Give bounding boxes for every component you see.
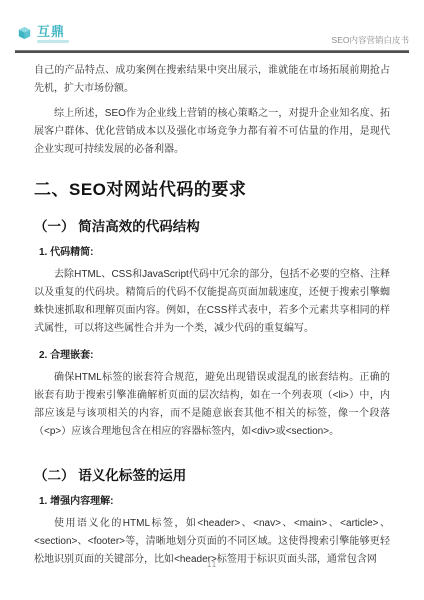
- chapter-title: 二、SEO对网站代码的要求: [34, 179, 390, 201]
- section-title-1: （一） 简洁高效的代码结构: [34, 218, 390, 235]
- page-number: 11: [0, 560, 424, 569]
- company-logo: 互鼎: [15, 25, 69, 47]
- logo-tagline-bar: [37, 40, 69, 43]
- brand-name: 互鼎: [37, 25, 69, 39]
- paragraph-continuation: 自己的产品特点、成功案例在搜索结果中突出展示，谁就能在市场拓展前期抢占先机，扩大…: [34, 62, 390, 98]
- list-item-body: 确保HTML标签的嵌套符合规范，避免出现错误或混乱的嵌套结构。正确的嵌套有助于搜…: [34, 369, 390, 441]
- list-item-body: 去除HTML、CSS和JavaScript代码中冗余的部分，包括不必要的空格、注…: [34, 266, 390, 338]
- section-title-2: （二） 语义化标签的运用: [34, 467, 390, 484]
- brand-cube-icon: [15, 25, 34, 47]
- paragraph-summary: 综上所述，SEO作为企业线上营销的核心策略之一，对提升企业知名度、拓展客户群体、…: [34, 105, 390, 159]
- document-title: SEO内容营销白皮书: [332, 35, 409, 47]
- document-page: 互鼎 SEO内容营销白皮书 自己的产品特点、成功案例在搜索结果中突出展示，谁就能…: [0, 0, 424, 600]
- page-header: 互鼎 SEO内容营销白皮书: [0, 0, 424, 53]
- list-item-label: 1. 增强内容理解:: [34, 493, 390, 511]
- list-item-label: 2. 合理嵌套:: [34, 347, 390, 365]
- page-body: 自己的产品特点、成功案例在搜索结果中突出展示，谁就能在市场拓展前期抢占先机，扩大…: [0, 53, 424, 569]
- list-item-label: 1. 代码精简:: [34, 244, 390, 262]
